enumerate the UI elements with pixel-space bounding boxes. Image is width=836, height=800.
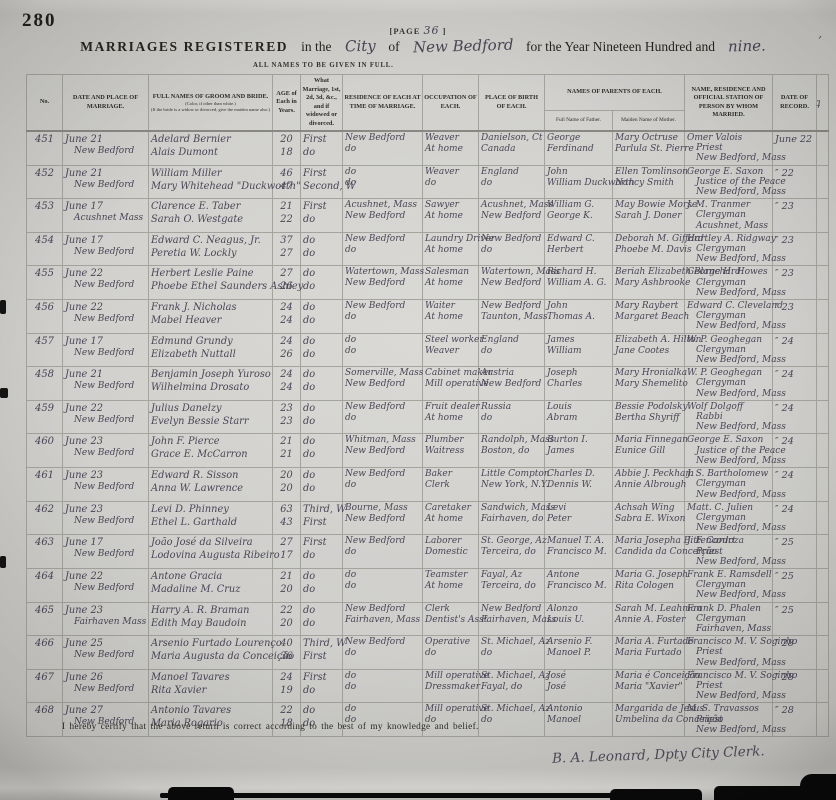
cell-mother: Beriah Elizabeth Blanchard Mary Ashbrook… <box>613 266 685 300</box>
cell-father: José José <box>545 669 613 703</box>
cell-residence: Whitman, Mass New Bedford <box>343 434 423 468</box>
cell-married-by: Omer Valois Priest New Bedford, Mass <box>685 131 773 165</box>
cell-names: Manoel Tavares Rita Xavier <box>149 669 273 703</box>
cell-date-place: June 25 New Bedford <box>63 636 149 670</box>
cell-married-by: Edward C. Cleveland Clergyman New Bedfor… <box>685 300 773 334</box>
cell-residence: do do <box>343 333 423 367</box>
cell-what-marriage: First do <box>301 199 343 233</box>
cell-father: Edward C. Herbert <box>545 232 613 266</box>
cell-date-place: June 23 New Bedford <box>63 468 149 502</box>
cell-date-place: June 26 New Bedford <box>63 669 149 703</box>
cell-edge-blank <box>817 199 829 233</box>
cell-what-marriage: do do <box>301 300 343 334</box>
cell-residence: New Bedford Fairhaven, Mass <box>343 602 423 636</box>
table-row: 452 June 21 New Bedford William Miller M… <box>27 165 829 199</box>
cell-birthplace: Austria New Bedford <box>479 367 545 401</box>
cell-record-number: 462 <box>27 501 63 535</box>
cell-mother: Maria é Conceição Maria "Xavier" <box>613 669 685 703</box>
page-label-pre: [PAGE <box>390 26 421 36</box>
cell-occupation: Steel worker Weaver <box>423 333 479 367</box>
cell-what-marriage: Third, W First <box>301 501 343 535</box>
cell-date-place: June 22 New Bedford <box>63 568 149 602</box>
header-date-place: DATE AND PLACE OF MARRIAGE. <box>63 75 149 132</box>
page-label: [PAGE 36 ] <box>0 24 836 37</box>
cell-edge-blank <box>817 636 829 670</box>
cell-names: Julius Danelzy Evelyn Bessie Starr <box>149 400 273 434</box>
table-row: 454 June 17 New Bedford Edward C. Neagus… <box>27 232 829 266</box>
cell-married-by: Hartley A. Ridgway Clergyman New Bedford… <box>685 232 773 266</box>
cell-occupation: Plumber Waitress <box>423 434 479 468</box>
cell-what-marriage: Third, W First <box>301 636 343 670</box>
cell-date-place: June 17 New Bedford <box>63 535 149 569</box>
cell-what-marriage: do do <box>301 568 343 602</box>
cell-father: Burton I. James <box>545 434 613 468</box>
cell-date-place: June 23 New Bedford <box>63 434 149 468</box>
header-married-by: NAME, RESIDENCE AND OFFICIAL STATION OF … <box>685 75 773 132</box>
cell-father: John William Duckworth <box>545 165 613 199</box>
cell-what-marriage: do do <box>301 266 343 300</box>
cell-birthplace: New Bedford Fairhaven, Mass <box>479 602 545 636</box>
cell-ages: 63 43 <box>273 501 301 535</box>
cell-ages: 23 23 <box>273 400 301 434</box>
cell-names: Edward R. Sisson Anna W. Lawrence <box>149 468 273 502</box>
cell-occupation: Salesman At home <box>423 266 479 300</box>
title-year-handwritten: nine. <box>728 37 766 56</box>
cell-edge-blank <box>817 568 829 602</box>
cell-birthplace: St. George, Az Terceira, do <box>479 535 545 569</box>
header-parents: NAMES OF PARENTS OF EACH. <box>545 75 685 111</box>
cell-residence: New Bedford do <box>343 535 423 569</box>
table-row: 456 June 22 New Bedford Frank J. Nichola… <box>27 300 829 334</box>
table-row: 459 June 22 New Bedford Julius Danelzy E… <box>27 400 829 434</box>
cell-residence: Acushnet, Mass New Bedford <box>343 199 423 233</box>
cell-mother: Elizabeth A. Hilton Jane Cootes <box>613 333 685 367</box>
cell-edge-blank <box>817 501 829 535</box>
cell-married-by: Frank E. Ramsdell Clergyman New Bedford,… <box>685 568 773 602</box>
cell-edge-blank <box>817 434 829 468</box>
cell-ages: 24 19 <box>273 669 301 703</box>
cell-father: Levi Peter <box>545 501 613 535</box>
cell-record-number: 466 <box>27 636 63 670</box>
cell-record-number: 461 <box>27 468 63 502</box>
cell-occupation: Mill operative Dressmaker <box>423 669 479 703</box>
scan-blot <box>800 774 836 800</box>
scanned-register-page: 280 [PAGE 36 ] MARRIAGES REGISTERED in t… <box>0 0 836 800</box>
cell-date-place: June 17 New Bedford <box>63 232 149 266</box>
cell-married-by: George E. Saxon Justice of the Peace New… <box>685 434 773 468</box>
cell-edge-blank <box>817 468 829 502</box>
cell-names: Adelard Bernier Alais Dumont <box>149 131 273 165</box>
table-row: 463 June 17 New Bedford João José da Sil… <box>27 535 829 569</box>
table-row: 457 June 17 New Bedford Edmund Grundy El… <box>27 333 829 367</box>
cell-birthplace: Acushnet, Mass New Bedford <box>479 199 545 233</box>
cell-occupation: Weaver At home <box>423 131 479 165</box>
cell-edge-blank <box>817 232 829 266</box>
cell-occupation: Caretaker At home <box>423 501 479 535</box>
cell-names: Edward C. Neagus, Jr. Peretia W. Lockly <box>149 232 273 266</box>
cell-ages: 24 26 <box>273 333 301 367</box>
cell-father: Richard H. William A. G. <box>545 266 613 300</box>
cell-names: Clarence E. Taber Sarah O. Westgate <box>149 199 273 233</box>
cell-what-marriage: do do <box>301 602 343 636</box>
cell-ages: 24 24 <box>273 367 301 401</box>
header-what-marriage: What Marriage, 1st, 2d, 3d, &c., and if … <box>301 75 343 132</box>
cell-ages: 21 20 <box>273 568 301 602</box>
cell-father: John Thomas A. <box>545 300 613 334</box>
cell-names: Edmund Grundy Elizabeth Nuttall <box>149 333 273 367</box>
table-row: 455 June 22 New Bedford Herbert Leslie P… <box>27 266 829 300</box>
cell-father: James William <box>545 333 613 367</box>
cell-residence: do do <box>343 669 423 703</box>
table-row: 460 June 23 New Bedford John F. Pierce G… <box>27 434 829 468</box>
cell-names: Herbert Leslie Paine Phoebe Ethel Saunde… <box>149 266 273 300</box>
cell-edge-blank <box>817 266 829 300</box>
cell-edge-blank <box>817 165 829 199</box>
cell-date-of-record: ″ 25 <box>773 602 817 636</box>
cell-edge-blank <box>817 703 829 737</box>
cell-names: Levi D. Phinney Ethel L. Garthald <box>149 501 273 535</box>
scan-edge-mark <box>0 388 8 398</box>
cell-married-by: M. S. Travassos Priest New Bedford, Mass <box>685 703 773 737</box>
clerk-signature: B. A. Leonard, Dpty City Clerk. <box>552 743 765 766</box>
cell-names: Arsenio Furtado Lourenço Maria Augusta d… <box>149 636 273 670</box>
cell-date-place: June 17 New Bedford <box>63 333 149 367</box>
cell-married-by: George E. Saxon Justice of the Peace New… <box>685 165 773 199</box>
cell-mother: Abbie J. Peckham Annie Albrough <box>613 468 685 502</box>
cell-birthplace: New Bedford Taunton, Mass <box>479 300 545 334</box>
header-names-main: FULL NAMES OF GROOM AND BRIDE. <box>153 93 269 100</box>
header-no: No. <box>27 75 63 132</box>
header-names: FULL NAMES OF GROOM AND BRIDE. (Color, i… <box>149 75 273 132</box>
cell-date-place: June 17 Acushnet Mass <box>63 199 149 233</box>
cell-names: Benjamin Joseph Yuroso Wilhelmina Drosat… <box>149 367 273 401</box>
cell-occupation: Baker Clerk <box>423 468 479 502</box>
cell-what-marriage: do do <box>301 367 343 401</box>
title-place-handwritten: New Bedford <box>412 36 513 57</box>
title-unit-handwritten: City <box>344 37 375 56</box>
cell-residence: do do <box>343 568 423 602</box>
cell-mother: May Bowie Morse Sarah J. Doner <box>613 199 685 233</box>
cell-mother: Margarida de Jesus Umbelina da Conceição <box>613 703 685 737</box>
table-row: 458 June 21 New Bedford Benjamin Joseph … <box>27 367 829 401</box>
table-row: 465 June 23 Fairhaven Mass Harry A. R. B… <box>27 602 829 636</box>
scan-blot <box>714 786 814 800</box>
cell-residence: New Bedford do <box>343 468 423 502</box>
cell-edge-blank <box>817 367 829 401</box>
cell-edge-blank <box>817 535 829 569</box>
cell-ages: 37 27 <box>273 232 301 266</box>
cell-father: Manuel T. A. Francisco M. <box>545 535 613 569</box>
cell-residence: New Bedford do <box>343 232 423 266</box>
cell-mother: Mary Raybert Margaret Beach <box>613 300 685 334</box>
table-row: 451 June 21 New Bedford Adelard Bernier … <box>27 131 829 165</box>
page-label-handwritten-number: 36 <box>423 24 439 37</box>
cell-what-marriage: do do <box>301 333 343 367</box>
cell-married-by: W. P. Geoghegan Clergyman New Bedford, M… <box>685 367 773 401</box>
cell-residence: Bourne, Mass New Bedford <box>343 501 423 535</box>
cell-birthplace: Russia do <box>479 400 545 434</box>
cell-mother: Maria G. Joseph Rita Cologen <box>613 568 685 602</box>
scan-blot <box>610 789 702 800</box>
cell-married-by: W. P. Geoghegan Clergyman New Bedford, M… <box>685 333 773 367</box>
cell-record-number: 453 <box>27 199 63 233</box>
cell-record-number: 464 <box>27 568 63 602</box>
scan-smudge: ʇ <box>816 96 820 109</box>
cell-date-place: June 23 Fairhaven Mass <box>63 602 149 636</box>
cell-names: João José da Silveira Lodovina Augusta R… <box>149 535 273 569</box>
cell-residence: New Bedford do <box>343 300 423 334</box>
cell-birthplace: Sandwich, Mass Fairhaven, do <box>479 501 545 535</box>
cell-father: Antone Francisco M. <box>545 568 613 602</box>
cell-occupation: Cabinet maker Mill operative <box>423 367 479 401</box>
table-row: 466 June 25 New Bedford Arsenio Furtado … <box>27 636 829 670</box>
cell-married-by: Francisco M. V. Soginho Priest New Bedfo… <box>685 669 773 703</box>
cell-date-place: June 22 New Bedford <box>63 300 149 334</box>
cell-mother: Ellen Tomlinson Nancy Smith <box>613 165 685 199</box>
cell-married-by: J. F. Cardoza Priest New Bedford, Mass <box>685 535 773 569</box>
cell-birthplace: England do <box>479 165 545 199</box>
cell-what-marriage: do do <box>301 232 343 266</box>
cell-what-marriage: First do <box>301 535 343 569</box>
cell-ages: 24 24 <box>273 300 301 334</box>
cell-record-number: 468 <box>27 703 63 737</box>
certification-text: I hereby certify that the above return i… <box>62 722 479 732</box>
cell-record-number: 457 <box>27 333 63 367</box>
cell-father: Arsenio F. Manoel P. <box>545 636 613 670</box>
cell-record-number: 452 <box>27 165 63 199</box>
cell-record-number: 458 <box>27 367 63 401</box>
cell-occupation: Laundry Driver At home <box>423 232 479 266</box>
scan-smudge: ’ <box>818 34 822 48</box>
header-residence: RESIDENCE OF EACH AT TIME OF MARRIAGE. <box>343 75 423 132</box>
cell-married-by: Wolf Dolgoff Rabbi New Bedford, Mass <box>685 400 773 434</box>
subtitle-all-names: ALL NAMES TO BE GIVEN IN FULL. <box>253 62 394 69</box>
scan-blot <box>168 787 234 800</box>
header-father: Full Name of Father. <box>545 110 613 131</box>
cell-occupation: Teamster At home <box>423 568 479 602</box>
cell-residence: New Bedford do <box>343 636 423 670</box>
cell-names: William Miller Mary Whitehead "Duckworth… <box>149 165 273 199</box>
cell-what-marriage: First do <box>301 131 343 165</box>
cell-record-number: 465 <box>27 602 63 636</box>
cell-birthplace: Danielson, Ct Canada <box>479 131 545 165</box>
scan-edge-mark <box>0 556 6 568</box>
cell-mother: Mary Octruse Parlula St. Pierre <box>613 131 685 165</box>
cell-edge-blank <box>817 300 829 334</box>
cell-mother: Bessie Podolsky Bertha Shyriff <box>613 400 685 434</box>
title-in-the: in the <box>301 39 331 55</box>
title-year-pre: for the Year Nineteen Hundred and <box>526 39 715 55</box>
cell-date-place: June 22 New Bedford <box>63 400 149 434</box>
cell-residence: New Bedford do <box>343 131 423 165</box>
cell-father: William G. George K. <box>545 199 613 233</box>
cell-edge-blank <box>817 333 829 367</box>
cell-ages: 20 18 <box>273 131 301 165</box>
cell-record-number: 454 <box>27 232 63 266</box>
cell-birthplace: St. Michael, Az do <box>479 636 545 670</box>
cell-birthplace: New Bedford do <box>479 232 545 266</box>
cell-mother: Mary Hronialka Mary Shemelito <box>613 367 685 401</box>
cell-occupation: Fruit dealer At home <box>423 400 479 434</box>
cell-married-by: George H. Howes Clergyman New Bedford, M… <box>685 266 773 300</box>
cell-what-marriage: First Second, W <box>301 165 343 199</box>
cell-edge-blank <box>817 602 829 636</box>
cell-birthplace: St. Michael, Az do <box>479 703 545 737</box>
cell-mother: Maria Finnegan Eunice Gill <box>613 434 685 468</box>
cell-married-by: Matt. C. Julien Clergyman New Bedford, M… <box>685 501 773 535</box>
cell-names: Frank J. Nicholas Mabel Heaver <box>149 300 273 334</box>
header-date-record: DATE OF RECORD. <box>773 75 817 132</box>
cell-ages: 22 20 <box>273 602 301 636</box>
cell-birthplace: Watertown, Mass New Bedford <box>479 266 545 300</box>
table-row: 461 June 23 New Bedford Edward R. Sisson… <box>27 468 829 502</box>
cell-father: Louis Abram <box>545 400 613 434</box>
cell-occupation: Clerk Dentist's Asst <box>423 602 479 636</box>
cell-father: Charles D. Dennis W. <box>545 468 613 502</box>
cell-ages: 20 20 <box>273 468 301 502</box>
cell-residence: New Bedford do <box>343 400 423 434</box>
header-names-note2: (If the bride is a widow or divorced, gi… <box>150 107 271 113</box>
cell-record-number: 455 <box>27 266 63 300</box>
cell-occupation: Laborer Domestic <box>423 535 479 569</box>
cell-mother: Achsah Wing Sabra E. Wixon <box>613 501 685 535</box>
cell-record-number: 463 <box>27 535 63 569</box>
cell-ages: 21 22 <box>273 199 301 233</box>
cell-what-marriage: do do <box>301 434 343 468</box>
cell-residence: Somerville, Mass New Bedford <box>343 367 423 401</box>
cell-birthplace: Randolph, Mass Boston, do <box>479 434 545 468</box>
cell-date-place: June 21 New Bedford <box>63 367 149 401</box>
cell-married-by: Frank D. Phalen Clergyman Fairhaven, Mas… <box>685 602 773 636</box>
cell-residence: Watertown, Mass New Bedford <box>343 266 423 300</box>
cell-married-by: J. S. Bartholomew Clergyman New Bedford,… <box>685 468 773 502</box>
cell-what-marriage: do do <box>301 468 343 502</box>
header-birth: PLACE OF BIRTH OF EACH. <box>479 75 545 132</box>
cell-occupation: Weaver do <box>423 165 479 199</box>
cell-record-number: 451 <box>27 131 63 165</box>
table-row: 462 June 23 New Bedford Levi D. Phinney … <box>27 501 829 535</box>
marriage-register-table: No. DATE AND PLACE OF MARRIAGE. FULL NAM… <box>26 74 829 737</box>
cell-father: Joseph Charles <box>545 367 613 401</box>
cell-birthplace: Little Compton New York, N.Y. <box>479 468 545 502</box>
cell-edge-blank <box>817 669 829 703</box>
table-row: 467 June 26 New Bedford Manoel Tavares R… <box>27 669 829 703</box>
header-occupation: OCCUPATION OF EACH. <box>423 75 479 132</box>
cell-names: Harry A. R. Braman Edith May Baudoin <box>149 602 273 636</box>
cell-date-place: June 21 New Bedford <box>63 165 149 199</box>
cell-edge-blank <box>817 400 829 434</box>
cell-edge-blank <box>817 131 829 165</box>
cell-father: George Ferdinand <box>545 131 613 165</box>
title-lead: MARRIAGES REGISTERED <box>80 39 288 55</box>
cell-occupation: Operative do <box>423 636 479 670</box>
cell-record-number: 460 <box>27 434 63 468</box>
cell-mother: Deborah M. Gifford Phoebe M. Davis <box>613 232 685 266</box>
page-title: MARRIAGES REGISTERED in the City of New … <box>26 37 820 55</box>
cell-married-by: Francisco M. V. Soginho Priest New Bedfo… <box>685 636 773 670</box>
cell-mother: Maria A. Furtado Maria Furtado <box>613 636 685 670</box>
cell-what-marriage: do do <box>301 400 343 434</box>
cell-residence: do do <box>343 165 423 199</box>
cell-date-place: June 22 New Bedford <box>63 266 149 300</box>
scan-edge-mark <box>0 300 6 314</box>
title-of: of <box>388 39 399 55</box>
cell-occupation: Sawyer At home <box>423 199 479 233</box>
cell-ages: 21 21 <box>273 434 301 468</box>
cell-names: John F. Pierce Grace E. McCarron <box>149 434 273 468</box>
page-label-post: ] <box>443 26 447 36</box>
cell-birthplace: Fayal, Az Terceira, do <box>479 568 545 602</box>
cell-married-by: J. M. Tranmer Clergyman Acushnet, Mass <box>685 199 773 233</box>
cell-mother: Maria Josepha Bittencourt Candida da Con… <box>613 535 685 569</box>
table-row: 464 June 22 New Bedford Antone Gracia Ma… <box>27 568 829 602</box>
cell-record-number: 459 <box>27 400 63 434</box>
cell-what-marriage: First do <box>301 669 343 703</box>
cell-father: Alonzo Louis U. <box>545 602 613 636</box>
table-header: No. DATE AND PLACE OF MARRIAGE. FULL NAM… <box>27 75 829 132</box>
table-row: 453 June 17 Acushnet Mass Clarence E. Ta… <box>27 199 829 233</box>
header-mother: Maiden Name of Mother. <box>613 110 685 131</box>
cell-record-number: 456 <box>27 300 63 334</box>
cell-birthplace: England do <box>479 333 545 367</box>
cell-names: Antone Gracia Madaline M. Cruz <box>149 568 273 602</box>
cell-mother: Sarah M. Leahman Annie A. Foster <box>613 602 685 636</box>
cell-date-place: June 21 New Bedford <box>63 131 149 165</box>
records-body: 451 June 21 New Bedford Adelard Bernier … <box>27 131 829 736</box>
cell-occupation: Waiter At home <box>423 300 479 334</box>
cell-record-number: 467 <box>27 669 63 703</box>
cell-date-of-record: ″ 23 <box>773 199 817 233</box>
cell-father: Antonio Manoel <box>545 703 613 737</box>
cell-date-place: June 23 New Bedford <box>63 501 149 535</box>
header-age: AGE of Each in Years. <box>273 75 301 132</box>
cell-birthplace: St. Michael, Az Fayal, do <box>479 669 545 703</box>
